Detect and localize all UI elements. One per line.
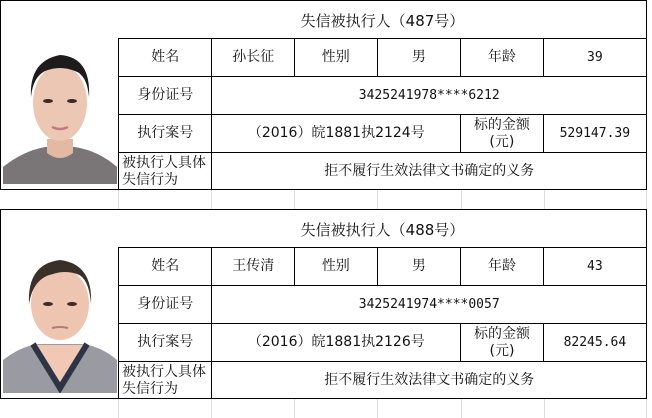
behavior-value: 拒不履行生效法律文书确定的义务 (212, 153, 646, 191)
age-value: 43 (543, 248, 646, 286)
gender-value: 男 (377, 39, 461, 77)
case-number-value: （2016）皖1881执2124号 (212, 115, 461, 153)
defaulter-card-487: 失信被执行人（487号） 姓名 孙长征 性别 男 年龄 39 身份证号 34 (0, 0, 647, 190)
card-title: 失信被执行人（487号） (119, 1, 646, 39)
amount-value: 82245.64 (543, 324, 646, 362)
age-label: 年龄 (461, 39, 544, 77)
person-portrait-icon (3, 39, 117, 184)
name-value: 孙长征 (212, 39, 295, 77)
portrait-photo (3, 248, 117, 393)
gender-value: 男 (377, 248, 461, 286)
case-number-value: （2016）皖1881执2126号 (212, 324, 461, 362)
case-number-label: 执行案号 (119, 115, 212, 153)
amount-label: 标的金额 (元) (461, 324, 544, 362)
gender-label: 性别 (295, 39, 378, 77)
info-table: 姓名 孙长征 性别 男 年龄 39 身份证号 3425241978****621… (118, 38, 646, 190)
behavior-label: 被执行人具体失信行为 (119, 153, 212, 191)
age-value: 39 (543, 39, 646, 77)
amount-label-line1: 标的金额 (461, 326, 543, 343)
id-number-label: 身份证号 (119, 77, 212, 115)
id-number-value: 3425241978****6212 (212, 77, 646, 115)
info-table: 姓名 王传清 性别 男 年龄 43 身份证号 3425241974****005… (118, 247, 646, 399)
amount-label-line1: 标的金额 (461, 117, 543, 134)
name-value: 王传清 (212, 248, 295, 286)
amount-label-line2: (元) (461, 343, 543, 360)
id-number-value: 3425241974****0057 (212, 286, 646, 324)
gender-label: 性别 (295, 248, 378, 286)
behavior-value: 拒不履行生效法律文书确定的义务 (212, 362, 646, 400)
name-label: 姓名 (119, 248, 212, 286)
behavior-label: 被执行人具体失信行为 (119, 362, 212, 400)
age-label: 年龄 (461, 248, 544, 286)
case-number-label: 执行案号 (119, 324, 212, 362)
name-label: 姓名 (119, 39, 212, 77)
amount-label: 标的金额 (元) (461, 115, 544, 153)
person-portrait-icon (3, 248, 117, 393)
amount-value: 529147.39 (543, 115, 646, 153)
portrait-photo (3, 39, 117, 184)
defaulter-card-488: 失信被执行人（488号） 姓名 王传清 性别 男 年龄 43 身份证号 (0, 209, 647, 399)
id-number-label: 身份证号 (119, 286, 212, 324)
card-title: 失信被执行人（488号） (119, 210, 646, 248)
amount-label-line2: (元) (461, 134, 543, 151)
